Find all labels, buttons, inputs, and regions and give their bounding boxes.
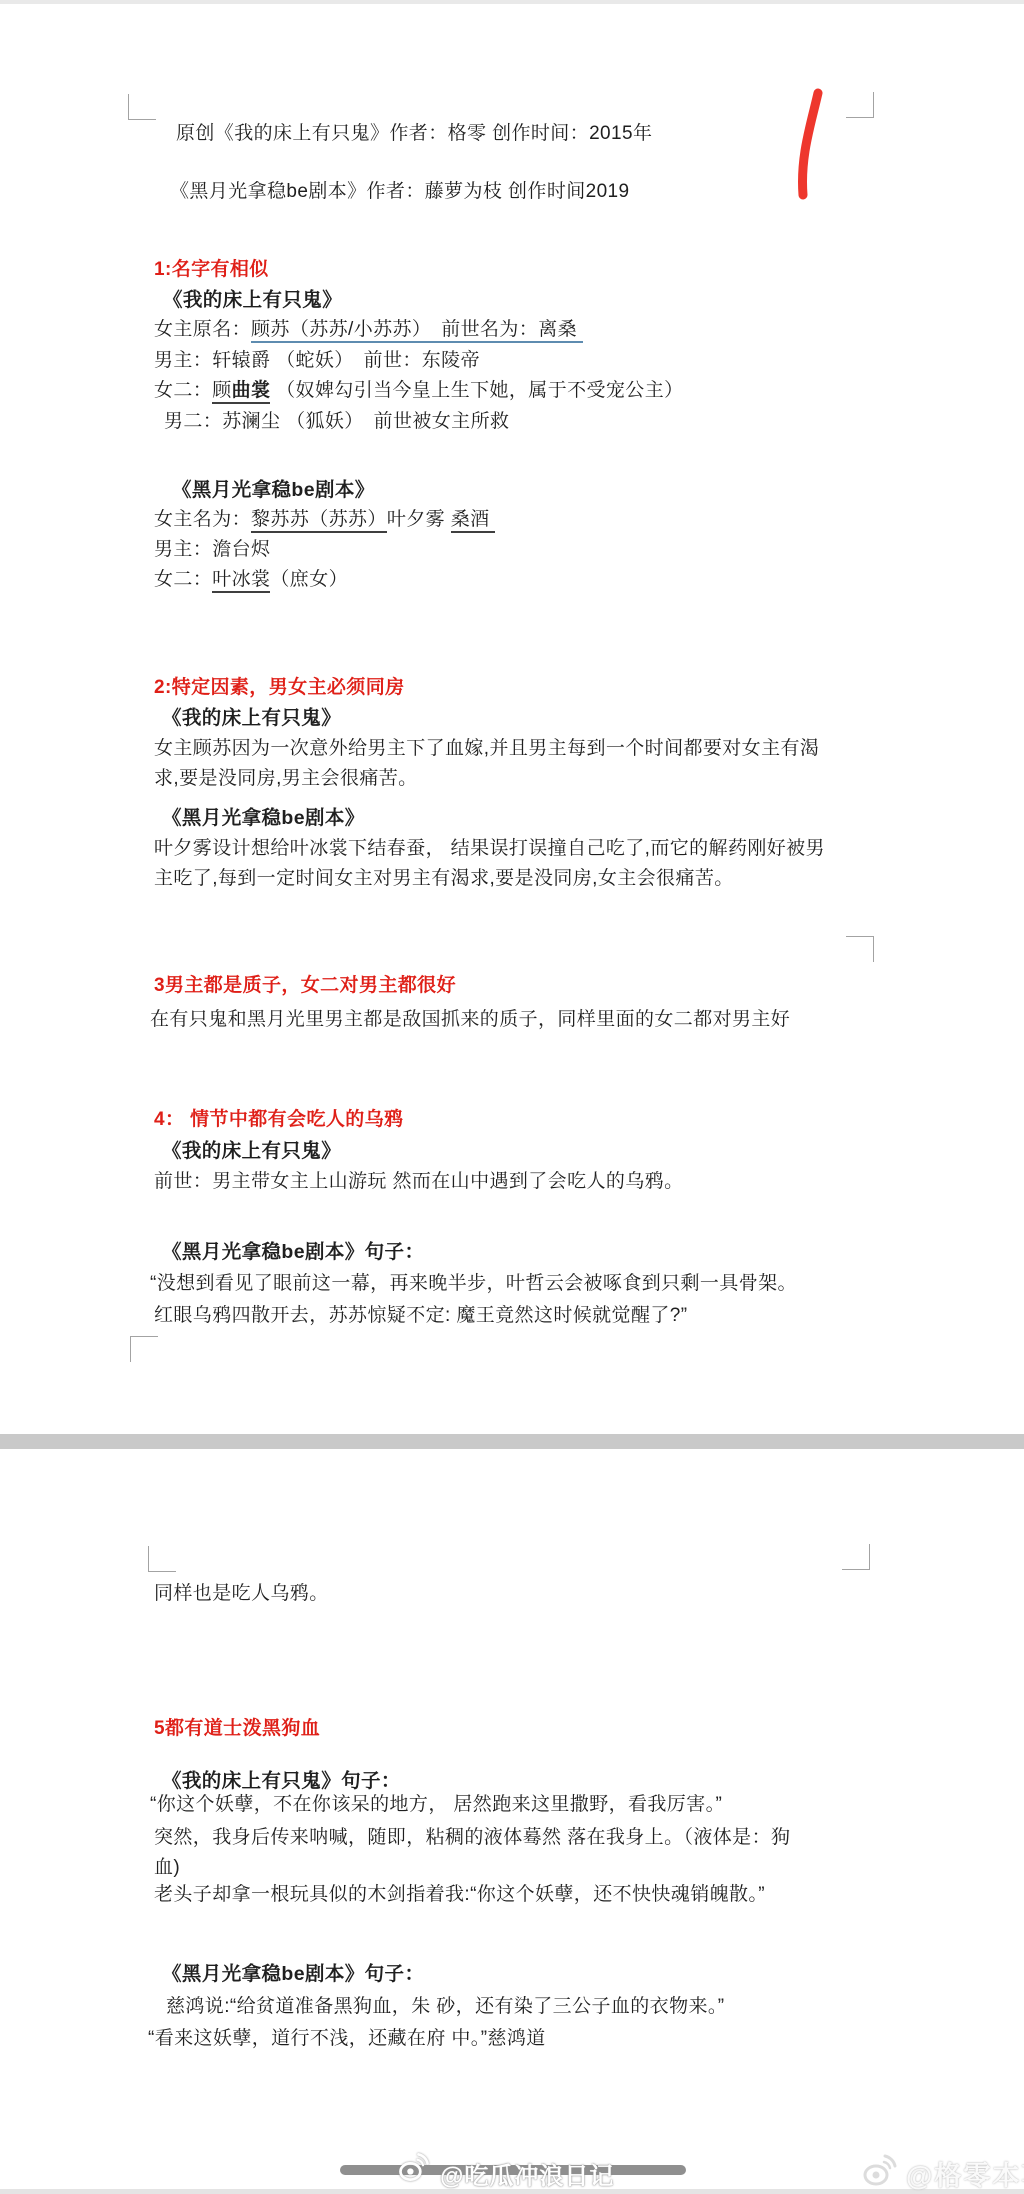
section1-book2-second-female-line: 女二：叶冰裳（庶女） [154,568,348,592]
page1-bottom-left-corner-mark [130,1336,158,1362]
watermark-left-handle: @吃瓜冲浪日记 [440,2156,614,2191]
heroine-name-underlined-1: 黎苏苏（苏苏） [251,509,387,533]
section1-book1-title: 《我的床上有只鬼》 [163,288,342,312]
watermark-right-handle: @格零本尊 [906,2154,1024,2193]
section1-book1-second-male-line: 男二：苏澜尘 （狐妖） 前世被女主所救 [164,410,509,434]
second-female-label: 女二： [154,380,212,401]
second-female-note: （奴婢勾引当今皇上生下她，属于不受宠公主） [270,380,683,401]
section1-book2-hero-line: 男主：澹台烬 [154,538,270,562]
document-screenshot: 原创《我的床上有只鬼》作者：格零 创作时间：2015年 《黑月光拿稳be剧本》作… [0,0,1024,2194]
second-female-name-bold: 曲裳 [232,380,271,404]
page1-right-corner-mark [846,936,874,962]
section1-book1-heroine-line: 女主原名：顾苏（苏苏/小苏苏） 前世名为：离桑 [154,318,583,342]
page2-top-right-corner-mark [842,1544,870,1570]
section3-paragraph: 在有只鬼和黑月光里男主都是敌国抓来的质子，同样里面的女二都对男主好 [150,1008,790,1032]
section1-book2-title: 《黑月光拿稳be剧本》 [172,478,375,502]
top-edge-line [0,0,1024,4]
section1-book2-heroine-line: 女主名为：黎苏苏（苏苏）叶夕雾 桑酒 [154,508,495,532]
heroine-label: 女主原名： [154,319,251,340]
section5-book1-quote-3: 老头子却拿一根玩具似的木剑指着我:“你这个妖孽，还不快快魂销魄散。” [154,1883,765,1907]
section2-book1-title: 《我的床上有只鬼》 [162,706,341,730]
section5-book1-quote-1: “你这个妖孽，不在你该呆的地方， 居然跑来这里撒野，看我厉害。” [150,1793,722,1817]
section1-book1-hero-line: 男主：轩辕爵 （蛇妖） 前世：东陵帝 [154,349,480,373]
section3-heading: 3男主都是质子，女二对男主都很好 [154,974,456,998]
section2-book2-title: 《黑月光拿稳be剧本》 [162,806,365,830]
section4-heading: 4： 情节中都有会吃人的乌鸦 [154,1108,403,1132]
heroine-label: 女主名为： [154,509,251,530]
section4-quote-line-1: “没想到看见了眼前这一幕，再来晚半步，叶哲云会被啄食到只剩一具骨架。 [150,1272,797,1296]
heroine-names-underlined: 顾苏（苏苏/小苏苏） 前世名为：离桑 [251,319,583,343]
second-female-name: 叶冰裳 [212,569,270,593]
page1-top-right-corner-mark [846,92,874,118]
weibo-icon [396,2149,432,2185]
page1-top-left-corner-mark [128,94,156,120]
weibo-icon [860,2150,900,2190]
page2-top-left-corner-mark [148,1546,176,1572]
section2-book2-paragraph: 叶夕雾设计想给叶冰裳下结春蚕， 结果误打误撞自己吃了,而它的解药刚好被男 主吃了… [154,834,825,894]
intro-line-2: 《黑月光拿稳be剧本》作者：藤萝为枝 创作时间2019 [170,180,629,204]
second-female-note: （庶女） [270,569,348,590]
second-female-label: 女二： [154,569,212,590]
section5-book2-quote-2: “看来这妖孽，道行不浅，还藏在府 中。”慈鸿道 [148,2027,546,2051]
page2-carryover-line: 同样也是吃人乌鸦。 [154,1582,329,1606]
section2-book1-paragraph: 女主顾苏因为一次意外给男主下了血嫁,并且男主每到一个时间都要对女主有渴 求,要是… [154,734,819,794]
section5-book2-quote-1: 慈鸿说:“给贫道准备黑狗血，朱 砂，还有染了三公子血的衣物来。” [166,1995,725,2019]
section4-book2-title: 《黑月光拿稳be剧本》句子： [162,1240,424,1264]
red-pen-mark [782,86,838,202]
heroine-name-middle: 叶夕雾 [387,509,451,530]
section1-heading: 1:名字有相似 [154,258,269,282]
section1-book1-second-female-line: 女二：顾曲裳 （奴婢勾引当今皇上生下她，属于不受宠公主） [154,379,684,403]
intro-line-1: 原创《我的床上有只鬼》作者：格零 创作时间：2015年 [176,122,652,146]
section4-book1-title: 《我的床上有只鬼》 [162,1139,341,1163]
heroine-name-underlined-2: 桑酒 [451,509,495,533]
page-separator-band [0,1434,1024,1449]
section4-book1-paragraph: 前世：男主带女主上山游玩 然而在山中遇到了会吃人的乌鸦。 [154,1170,683,1194]
second-female-name: 顾 [212,380,231,404]
section5-book1-quote-2: 突然，我身后传来呐喊，随即，粘稠的液体蓦然 落在我身上。（液体是：狗 血) [154,1823,790,1883]
section2-heading: 2:特定因素，男女主必须同房 [154,676,405,700]
section4-quote-line-2: 红眼乌鸦四散开去，苏苏惊疑不定: 魔王竟然这时候就觉醒了?” [154,1304,687,1328]
section5-heading: 5都有道士泼黑狗血 [154,1717,320,1741]
section5-book1-title: 《我的床上有只鬼》句子： [162,1769,401,1793]
section5-book2-title: 《黑月光拿稳be剧本》句子： [162,1962,424,1986]
